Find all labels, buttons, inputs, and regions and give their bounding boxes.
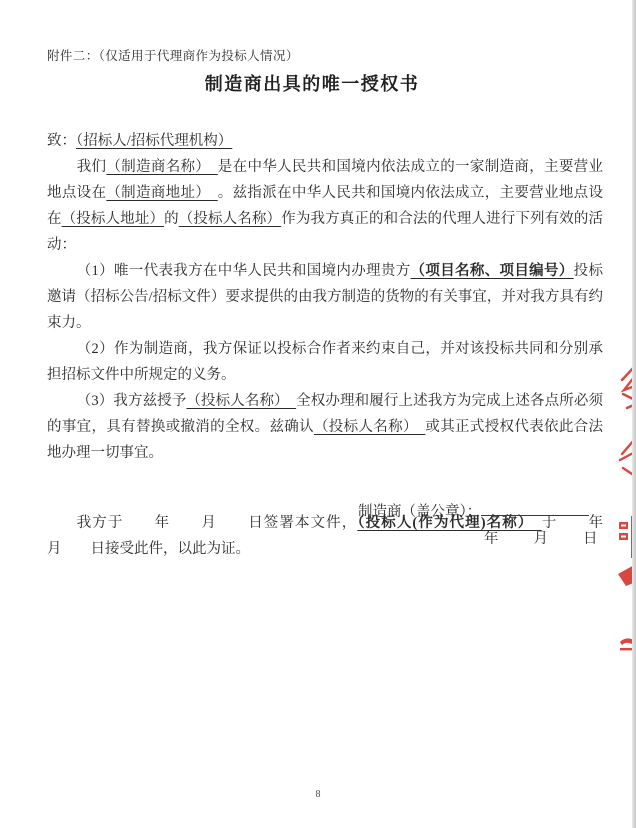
manufacturer-seal-block: 制造商（盖公章）： 年 月 日 (358, 500, 600, 551)
text-run: （1）唯一代表我方在中华人民共和国境内办理贵方 (77, 263, 411, 279)
fill-in-blank: （项目名称、项目编号） (411, 263, 574, 279)
document-body: 致：（招标人/招标代理机构） 我们（制造商名称） 是在中华人民共和国境内依法成立… (47, 128, 603, 562)
fill-in-blank: （投标人名称） (186, 393, 296, 409)
scanned-document-page: 附件二：（仅适用于代理商作为投标人情况） 制造商出具的唯一授权书 致：（招标人/… (0, 0, 636, 828)
seal-label: 制造商（盖公章）： (358, 504, 481, 520)
seal-date-line: 年 月 日 (358, 527, 600, 551)
text-run: 的 (164, 211, 179, 227)
item-2-paragraph: （2）作为制造商，我方保证以投标合作者来约束自己，并对该投标共同和分别承担招标文… (47, 336, 603, 388)
scan-edge-shadow (632, 0, 636, 828)
recipient-line: 致：（招标人/招标代理机构） (47, 128, 603, 154)
text-run: 我方于 年 月 日签署本文件， (77, 515, 358, 531)
text-run: （3）我方兹授予 (77, 393, 187, 409)
page-number: 8 (0, 789, 636, 800)
document-title: 制造商出具的唯一授权书 (0, 70, 624, 96)
text-run: 致： (47, 133, 76, 149)
fill-in-blank: （制造商名称） (106, 159, 217, 175)
fill-in-blank: （投标人名称） (314, 419, 425, 435)
item-1-paragraph: （1）唯一代表我方在中华人民共和国境内办理贵方（项目名称、项目编号）投标邀请（招… (47, 258, 603, 336)
text-run: 我们 (77, 159, 107, 175)
fill-in-blank: （投标人名称） (179, 211, 281, 227)
attachment-note: 附件二：（仅适用于代理商作为投标人情况） (47, 46, 299, 64)
fill-in-blank: （投标人地址） (62, 211, 164, 227)
seal-signature-blank (481, 500, 589, 516)
fill-in-blank: （招标人/招标代理机构） (76, 133, 232, 149)
fill-in-blank: （制造商地址） (106, 185, 217, 201)
intro-paragraph: 我们（制造商名称） 是在中华人民共和国境内依法成立的一家制造商，主要营业地点设在… (47, 154, 603, 258)
text-run: （2）作为制造商，我方保证以投标合作者来约束自己，并对该投标共同和分别承担招标文… (47, 341, 603, 383)
item-3-paragraph: （3）我方兹授予（投标人名称） 全权办理和履行上述我方为完成上述各点所必须的事宜… (47, 388, 603, 466)
